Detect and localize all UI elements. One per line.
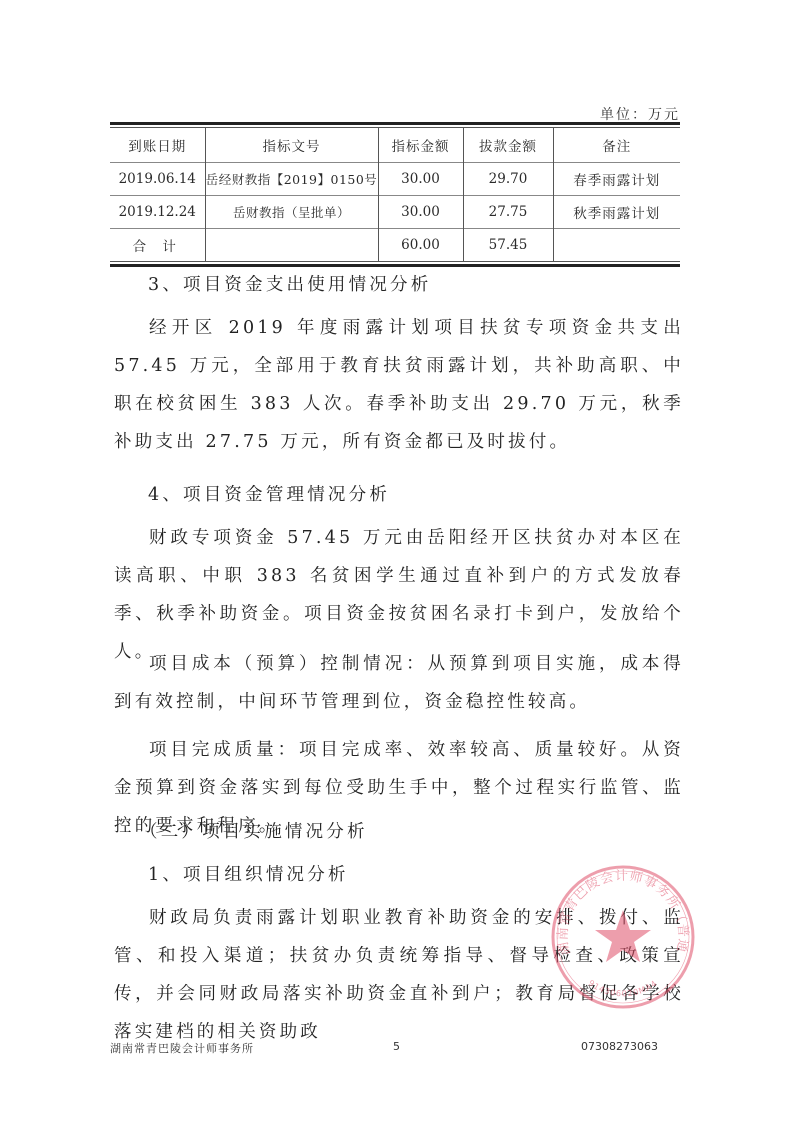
cell-quota: 30.00 bbox=[378, 163, 463, 196]
cell-quota: 30.00 bbox=[378, 196, 463, 229]
section-3-heading: 3、项目资金支出使用情况分析 bbox=[148, 266, 431, 304]
cell-date: 2019.06.14 bbox=[110, 163, 205, 196]
table-row: 2019.12.24 岳财教指（呈批单） 30.00 27.75 秋季雨露计划 bbox=[110, 196, 680, 229]
cell-date: 2019.12.24 bbox=[110, 196, 205, 229]
footer-firm-name: 湖南常青巴陵会计师事务所 bbox=[110, 1040, 254, 1056]
cell-note: 秋季雨露计划 bbox=[553, 196, 680, 229]
cell-total-note bbox=[553, 229, 680, 262]
cell-note: 春季雨露计划 bbox=[553, 163, 680, 196]
cell-doc-no: 岳财教指（呈批单） bbox=[205, 196, 378, 229]
part-2-section-1-heading: 1、项目组织情况分析 bbox=[148, 856, 349, 894]
section-4-heading: 4、项目资金管理情况分析 bbox=[148, 476, 390, 514]
cell-doc-no: 岳经财教指【2019】0150号 bbox=[205, 163, 378, 196]
page-footer: 湖南常青巴陵会计师事务所 5 07308273063 bbox=[110, 1040, 680, 1058]
part-2-section-1-body: 财政局负责雨露计划职业教育补助资金的安排、拨付、监管、和投入渠道；扶贫办负责统筹… bbox=[114, 899, 684, 1051]
header-quota: 指标金额 bbox=[378, 128, 463, 163]
header-note: 备注 bbox=[553, 128, 680, 163]
table-header-row: 到账日期 指标文号 指标金额 拔款金额 备注 bbox=[110, 128, 680, 163]
part-2-heading: （二）项目实施情况分析 bbox=[140, 813, 368, 851]
cell-total-disbursed: 57.45 bbox=[463, 229, 553, 262]
cell-disbursed: 27.75 bbox=[463, 196, 553, 229]
cell-disbursed: 29.70 bbox=[463, 163, 553, 196]
section-3-body: 经开区 2019 年度雨露计划项目扶贫专项资金共支出 57.45 万元，全部用于… bbox=[114, 309, 684, 461]
cost-control-paragraph: 项目成本（预算）控制情况：从预算到项目实施，成本得到有效控制，中间环节管理到位，… bbox=[114, 645, 684, 721]
table-row: 2019.06.14 岳经财教指【2019】0150号 30.00 29.70 … bbox=[110, 163, 680, 196]
footer-phone: 07308273063 bbox=[581, 1040, 658, 1053]
page-number: 5 bbox=[393, 1040, 400, 1053]
table-total-row: 合 计 60.00 57.45 bbox=[110, 229, 680, 262]
unit-label: 单位：万元 bbox=[600, 104, 680, 124]
header-disbursed: 拔款金额 bbox=[463, 128, 553, 163]
cell-total-label: 合 计 bbox=[110, 229, 205, 262]
header-date: 到账日期 bbox=[110, 128, 205, 163]
cell-total-quota: 60.00 bbox=[378, 229, 463, 262]
cell-total-doc-no bbox=[205, 229, 378, 262]
funding-table: 到账日期 指标文号 指标金额 拔款金额 备注 2019.06.14 岳经财教指【… bbox=[110, 122, 680, 267]
header-doc-no: 指标文号 bbox=[205, 128, 378, 163]
